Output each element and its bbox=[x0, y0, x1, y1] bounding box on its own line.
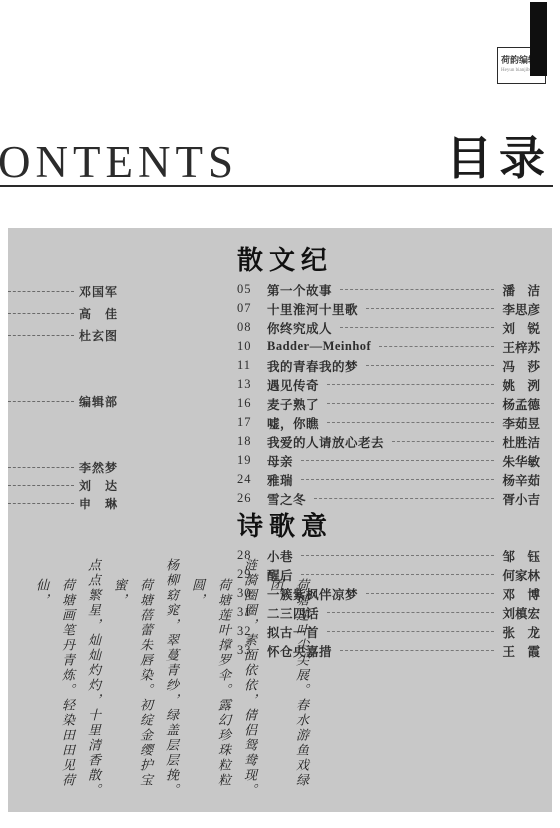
editor-row: 杜玄图 bbox=[8, 324, 118, 346]
section-prose-heading: 散文纪 bbox=[237, 244, 540, 276]
toc-entry-title: 我的青春我的梦 bbox=[267, 357, 358, 375]
toc-entry: 13 遇见传奇 姚 洌 bbox=[237, 375, 540, 394]
editor-row: 刘 达 bbox=[8, 476, 118, 494]
leader-line bbox=[8, 291, 74, 292]
section-poetry-heading: 诗歌意 bbox=[237, 510, 540, 542]
editor-group-1: 邓国军 高 佳 杜玄图 bbox=[8, 280, 118, 346]
toc-page-number: 17 bbox=[237, 415, 267, 430]
toc-author: 王 霞 bbox=[502, 642, 540, 660]
toc-entry-title: 雪之冬 bbox=[267, 490, 306, 508]
editor-row: 邓国军 bbox=[8, 280, 118, 302]
toc-page-number: 16 bbox=[237, 396, 267, 411]
leader-line bbox=[8, 335, 74, 336]
toc-entry: 26 雪之冬 胥小吉 bbox=[237, 489, 540, 508]
editor-row: 高 佳 bbox=[8, 302, 118, 324]
editor-name: 杜玄图 bbox=[79, 327, 118, 344]
toc-page-number: 19 bbox=[237, 453, 267, 468]
poem-column: 点点繁星，灿灿灼灼，十里清香散。 bbox=[80, 558, 106, 810]
toc-author: 朱华敏 bbox=[502, 452, 540, 470]
toc-page-number: 26 bbox=[237, 491, 267, 506]
toc-leader-line bbox=[327, 422, 494, 423]
toc-author: 李思彦 bbox=[502, 300, 540, 318]
content-panel: 邓国军 高 佳 杜玄图 编辑部 bbox=[8, 228, 552, 812]
contents-title-cjk: 目录 bbox=[446, 136, 552, 182]
toc-author: 胥小吉 bbox=[502, 490, 540, 508]
toc-page-number: 13 bbox=[237, 377, 267, 392]
editor-name: 申 琳 bbox=[79, 495, 118, 512]
toc-author: 邓 博 bbox=[502, 585, 540, 603]
title-underline bbox=[0, 185, 553, 187]
editor-name: 编辑部 bbox=[79, 393, 118, 410]
toc-leader-line bbox=[366, 308, 494, 309]
toc-author: 刘槙宏 bbox=[502, 604, 540, 622]
toc-author: 潘 洁 bbox=[502, 281, 540, 299]
toc-entry: 10 Badder—Meinhof 王梓苏 bbox=[237, 337, 540, 356]
toc-author: 邹 钰 bbox=[502, 547, 540, 565]
editor-name: 李然梦 bbox=[79, 459, 118, 476]
toc-entry: 11 我的青春我的梦 冯 莎 bbox=[237, 356, 540, 375]
toc-leader-line bbox=[366, 365, 494, 366]
calligraphy-poem: 荷塘莲叶尖尖展。春水游鱼戏绿团， 涟漪圈圈，素面依依，倩侣鸳鸯现。 荷塘莲叶撑罗… bbox=[28, 558, 314, 810]
toc-leader-line bbox=[301, 574, 494, 575]
toc-leader-line bbox=[314, 498, 494, 499]
toc-leader-line bbox=[301, 460, 494, 461]
toc-entry-title: 遇见传奇 bbox=[267, 376, 319, 394]
toc-leader-line bbox=[327, 631, 494, 632]
toc-entry: 16 麦子熟了 杨孟德 bbox=[237, 394, 540, 413]
toc-page-number: 18 bbox=[237, 434, 267, 449]
toc-entry: 17 嘘，你瞧 李茹昱 bbox=[237, 413, 540, 432]
toc-leader-line bbox=[327, 403, 494, 404]
toc-entry-title: 第一个故事 bbox=[267, 281, 332, 299]
toc-entry-title: 嘘，你瞧 bbox=[267, 414, 319, 432]
toc-author: 何家林 bbox=[502, 566, 540, 584]
toc-page-number: 07 bbox=[237, 301, 267, 316]
leader-line bbox=[8, 401, 74, 402]
toc-leader-line bbox=[366, 593, 494, 594]
poem-column: 荷塘蓓蕾朱唇染。初绽金缨护宝蜜， bbox=[106, 578, 158, 810]
toc-entry: 18 我爱的人请放心老去 杜胜洁 bbox=[237, 432, 540, 451]
toc-author: 杜胜洁 bbox=[502, 433, 540, 451]
toc-entry: 07 十里淮河十里歌 李思彦 bbox=[237, 299, 540, 318]
editor-name: 刘 达 bbox=[79, 477, 118, 494]
section-prose: 散文纪 05 第一个故事 潘 洁 07 十里淮河十里歌 李思彦 bbox=[237, 244, 540, 508]
editor-name: 高 佳 bbox=[79, 305, 118, 322]
leader-line bbox=[8, 485, 74, 486]
toc-entry-title: 雅瑞 bbox=[267, 471, 293, 489]
toc-leader-line bbox=[340, 650, 494, 651]
toc-entry-title: 母亲 bbox=[267, 452, 293, 470]
poem-column: 荷塘莲叶撑罗伞。露幻珍珠粒粒圆， bbox=[184, 578, 236, 810]
toc-author: 王梓苏 bbox=[502, 338, 540, 356]
corner-accent-bar bbox=[530, 2, 547, 76]
editor-row: 李然梦 bbox=[8, 458, 118, 476]
contents-title-latin: ONTENTS bbox=[0, 140, 238, 185]
toc-page-number: 10 bbox=[237, 339, 267, 354]
toc-author: 张 龙 bbox=[502, 623, 540, 641]
poem-column: 荷塘莲叶尖尖展。春水游鱼戏绿团， bbox=[262, 578, 314, 810]
toc-leader-line bbox=[327, 612, 494, 613]
toc-entry: 19 母亲 朱华敏 bbox=[237, 451, 540, 470]
prose-entry-list: 05 第一个故事 潘 洁 07 十里淮河十里歌 李思彦 08 bbox=[237, 280, 540, 508]
editor-row: 编辑部 bbox=[8, 390, 118, 412]
toc-entry: 08 你终究成人 刘 锐 bbox=[237, 318, 540, 337]
toc-author: 李茹昱 bbox=[502, 414, 540, 432]
poem-column: 荷塘画笔丹青炼。轻染田田见荷仙， bbox=[28, 578, 80, 810]
toc-page-number: 08 bbox=[237, 320, 267, 335]
toc-entry: 05 第一个故事 潘 洁 bbox=[237, 280, 540, 299]
toc-leader-line bbox=[301, 479, 494, 480]
editor-name: 邓国军 bbox=[79, 283, 118, 300]
toc-author: 冯 莎 bbox=[502, 357, 540, 375]
toc-entry: 24 雅瑞 杨辛茹 bbox=[237, 470, 540, 489]
editor-row: 申 琳 bbox=[8, 494, 118, 512]
toc-author: 姚 洌 bbox=[502, 376, 540, 394]
toc-leader-line bbox=[392, 441, 494, 442]
poem-column: 涟漪圈圈，素面依依，倩侣鸳鸯现。 bbox=[236, 558, 262, 810]
toc-author: 杨辛茹 bbox=[502, 471, 540, 489]
toc-entry-title: Badder—Meinhof bbox=[267, 339, 371, 354]
leader-line bbox=[8, 503, 74, 504]
toc-leader-line bbox=[327, 384, 494, 385]
toc-entry-title: 我爱的人请放心老去 bbox=[267, 433, 384, 451]
magazine-toc-page: 荷韵编辑 Heyun bianjibu ONTENTS 目录 邓国军 高 佳 杜… bbox=[0, 0, 560, 828]
editor-group-2: 编辑部 bbox=[8, 390, 118, 412]
toc-author: 杨孟德 bbox=[502, 395, 540, 413]
toc-entry-title: 你终究成人 bbox=[267, 319, 332, 337]
toc-entry-title: 麦子熟了 bbox=[267, 395, 319, 413]
toc-leader-line bbox=[340, 289, 494, 290]
toc-page-number: 11 bbox=[237, 358, 267, 373]
toc-leader-line bbox=[379, 346, 494, 347]
leader-line bbox=[8, 313, 74, 314]
toc-leader-line bbox=[340, 327, 494, 328]
toc-entry-title: 十里淮河十里歌 bbox=[267, 300, 358, 318]
editor-group-3: 李然梦 刘 达 申 琳 bbox=[8, 458, 118, 512]
toc-page-number: 05 bbox=[237, 282, 267, 297]
poem-column: 杨柳窈窕，翠蔓青纱，绿盖层层挽。 bbox=[158, 558, 184, 810]
toc-author: 刘 锐 bbox=[502, 319, 540, 337]
toc-page-number: 24 bbox=[237, 472, 267, 487]
toc-leader-line bbox=[301, 555, 494, 556]
leader-line bbox=[8, 467, 74, 468]
